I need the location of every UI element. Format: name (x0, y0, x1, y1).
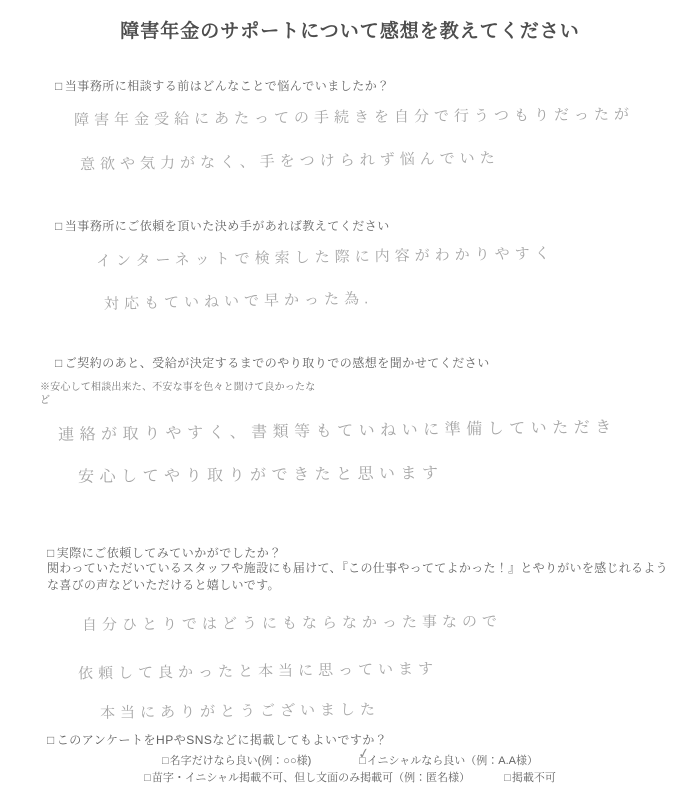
question-1-text: 当事務所に相談する前はどんなことで悩んでいましたか？ (65, 79, 390, 93)
handwritten-answer-line: 意欲や気力がなく、手をつけられず悩んでいた (80, 147, 500, 175)
questionnaire-page: 障害年金のサポートについて感想を教えてください □当事務所に相談する前はどんなこ… (0, 0, 700, 803)
page-title: 障害年金のサポートについて感想を教えてください (0, 16, 700, 43)
question-5-text: このアンケートをHPやSNSなどに掲載してもよいですか？ (57, 733, 388, 747)
handwritten-answer-line: インターネットで検索した際に内容がわかりやすく (96, 242, 555, 271)
checkbox-icon: □ (504, 772, 511, 784)
option-label: 掲載不可 (512, 772, 556, 784)
publish-options-row-1: □✓名字だけなら良い(例：○○様) □✓イニシャルなら良い（例：A.A様） (0, 752, 700, 768)
checkbox-icon: □ (144, 772, 151, 784)
checkbox-icon: □ (47, 546, 55, 560)
handwritten-answer-line: 自分ひとりではどうにもならなかった事なので (82, 610, 502, 635)
option-initials-ok: □✓イニシャルなら良い（例：A.A様） (359, 752, 538, 768)
question-4-description: 関わっていただいているスタッフや施設にも届けて、『この仕事やっててよかった！』と… (47, 560, 675, 594)
checkbox-icon: □ (55, 356, 63, 370)
checkbox-icon: □ (55, 219, 63, 233)
handwritten-answer-line: 連絡が取りやすく、書類等もていねいに準備していただき (58, 414, 617, 445)
checkbox-icon: □ (55, 79, 63, 93)
handwritten-answer-line: 障害年金受給にあたっての手続きを自分で行うつもりだったが (74, 103, 634, 130)
handwritten-answer-line: 本当にありがとうございました (100, 698, 380, 722)
question-4-text: 実際にご依頼してみていかがでしたか？ (57, 546, 282, 560)
option-surname-only: □✓名字だけなら良い(例：○○様) (162, 752, 311, 768)
question-3-note: ※安心して相談出来た、不安な事を色々と聞けて良かったなど (40, 381, 316, 407)
question-5-label: □このアンケートをHPやSNSなどに掲載してもよいですか？ (47, 731, 387, 748)
handwritten-answer-line: 依頼して良かったと本当に思っています (78, 657, 438, 683)
publish-options-row-2: □✓苗字・イニシャル掲載不可、但し文面のみ掲載可（例：匿名様） □✓掲載不可 (0, 769, 700, 785)
handwritten-answer-line: 安心してやり取りができたと思います (78, 460, 444, 487)
option-no-publish: □✓掲載不可 (504, 769, 556, 785)
option-label: イニシャルなら良い（例：A.A様） (367, 755, 538, 767)
option-label: 名字だけなら良い(例：○○様) (170, 755, 312, 767)
checkbox-icon: □ (47, 733, 55, 747)
handwritten-answer-line: 対応もていねいで早かった為. (104, 287, 374, 314)
question-3-label: □ご契約のあと、受給が決定するまでのやり取りでの感想を聞かせてください (55, 354, 490, 371)
option-label: 苗字・イニシャル掲載不可、但し文面のみ掲載可（例：匿名様） (152, 772, 470, 784)
question-3-text: ご契約のあと、受給が決定するまでのやり取りでの感想を聞かせてください (65, 356, 490, 370)
checkbox-icon: □ (162, 755, 169, 767)
option-anonymous-text-ok: □✓苗字・イニシャル掲載不可、但し文面のみ掲載可（例：匿名様） (144, 769, 470, 785)
question-1-label: □当事務所に相談する前はどんなことで悩んでいましたか？ (55, 77, 390, 94)
question-2-text: 当事務所にご依頼を頂いた決め手があれば教えてください (65, 219, 390, 233)
question-4-label: □実際にご依頼してみていかがでしたか？ (47, 544, 282, 561)
question-2-label: □当事務所にご依頼を頂いた決め手があれば教えてください (55, 217, 390, 234)
